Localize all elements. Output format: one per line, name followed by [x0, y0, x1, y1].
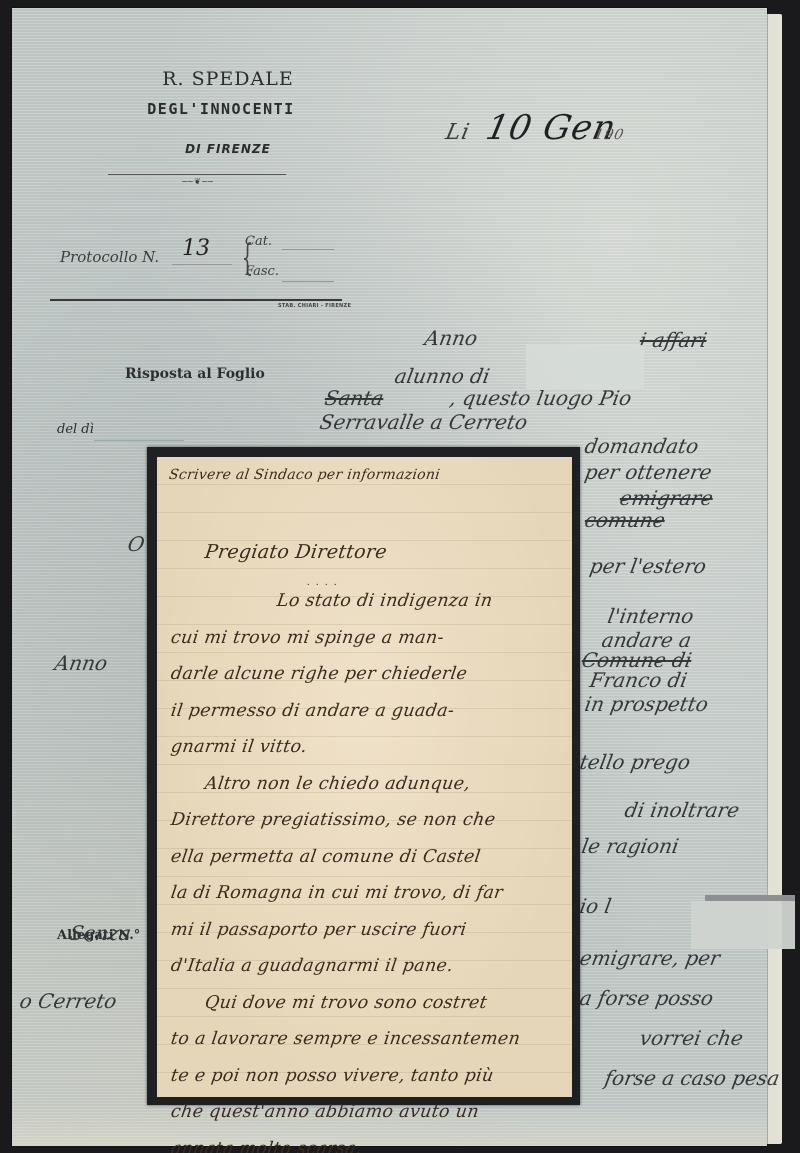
letter-line: il permesso di andare a guada- [170, 701, 456, 721]
handwritten-fragment: Anno [53, 651, 109, 675]
letterhead-title: R. SPEDALE [122, 68, 334, 90]
printer-imprint: STAB. CHIARI - FIRENZE [278, 303, 351, 309]
document-scan: R. SPEDALE DEGL'INNOCENTI DI FIRENZE ~~ … [0, 0, 800, 1153]
ornament-icon: ~~ ❦ ~~ [172, 177, 222, 186]
handwritten-fragment: emigrare [618, 486, 715, 510]
handwritten-fragment: in prospetto [583, 692, 710, 716]
protocollo-label: Protocollo N. [60, 248, 159, 266]
handwritten-fragment: vorrei che [638, 1026, 745, 1050]
handwritten-fragment: Senza [68, 921, 133, 945]
handwritten-fragment: per ottenere [583, 460, 714, 484]
handwritten-fragment: alunno di [393, 364, 492, 388]
handwritten-fragment: io l [578, 894, 613, 918]
protocollo-value: 13 [182, 236, 210, 261]
dots-mark: . . . . [307, 577, 339, 588]
handwritten-fragment: Franco di [588, 668, 689, 692]
letter-line: cui mi trovo mi spinge a man- [170, 628, 446, 648]
handwritten-fragment: di inoltrare [623, 798, 741, 822]
handwritten-fragment: l'interno [606, 604, 696, 628]
letter-line: Lo stato di indigenza in [276, 591, 494, 611]
date-year: 190 [593, 127, 626, 143]
letter-note: Scrivere al Sindaco per informazioni [168, 467, 441, 483]
letter-line: mi il passaporto per uscire fuori [170, 920, 468, 940]
inner-letter: Scrivere al Sindaco per informazioni Pre… [157, 457, 572, 1097]
handwritten-fragment: i affari [638, 328, 709, 352]
handwritten-fragment: tello prego [578, 750, 692, 774]
fasc-line [282, 281, 334, 282]
fasc-label: Fasc. [245, 264, 279, 279]
redaction-box [526, 345, 644, 390]
cat-label: Cat. [245, 234, 272, 249]
redaction-box [691, 901, 795, 949]
risposta-label: Risposta al Foglio [125, 366, 265, 382]
cat-line [282, 249, 334, 250]
letter-line: ella permetta al comune di Castel [170, 847, 482, 867]
letter-greeting: Pregiato Direttore [203, 541, 388, 563]
handwritten-fragment: per l'estero [588, 554, 708, 578]
letter-line: annata molto scarsa. [170, 1139, 364, 1153]
letter-line: Qui dove mi trovo sono costret [204, 993, 489, 1013]
protocollo-line [172, 264, 232, 265]
handwritten-fragment: forse a caso pesa [603, 1066, 782, 1090]
handwritten-fragment: o Cerreto [18, 989, 119, 1013]
letter-line: che quest'anno abbiamo avuto un [170, 1102, 481, 1122]
letterhead-rule [108, 174, 286, 175]
letter-line: darle alcune righe per chiederle [170, 664, 469, 684]
handwritten-fragment: comune [583, 508, 667, 532]
letter-line: gnarmi il vitto. [170, 737, 309, 757]
handwritten-fragment: Santa [323, 386, 386, 410]
del-di-label: del dì [57, 422, 94, 437]
letter-frame: Scrivere al Sindaco per informazioni Pre… [147, 447, 580, 1105]
handwritten-fragment: O [126, 532, 147, 556]
letter-line: to a lavorare sempre e incessantemen [170, 1029, 522, 1049]
handwritten-fragment: a forse posso [578, 986, 715, 1010]
handwritten-fragment: domandato [583, 434, 701, 458]
handwritten-fragment: emigrare, per [578, 946, 722, 970]
letter-line: la di Romagna in cui mi trovo, di far [170, 883, 505, 903]
date-prefix: Li [443, 120, 472, 145]
handwritten-fragment: Anno [423, 326, 479, 350]
letter-line: Altro non le chiedo adunque, [204, 774, 472, 794]
letterhead-city: DI FIRENZE [122, 142, 334, 156]
letter-line: d'Italia a guadagnarmi il pane. [170, 956, 455, 976]
del-di-line [94, 440, 184, 441]
letter-line: te e poi non posso vivere, tanto più [170, 1066, 495, 1086]
date: Li10 Gen190 [443, 108, 630, 148]
header-rule [50, 299, 342, 301]
letterhead-institution: DEGL'INNOCENTI [86, 100, 356, 118]
letter-line: Direttore pregiatissimo, se non che [170, 810, 497, 830]
handwritten-fragment: le ragioni [580, 834, 681, 858]
handwritten-fragment: Serravalle a Cerreto [318, 410, 529, 434]
